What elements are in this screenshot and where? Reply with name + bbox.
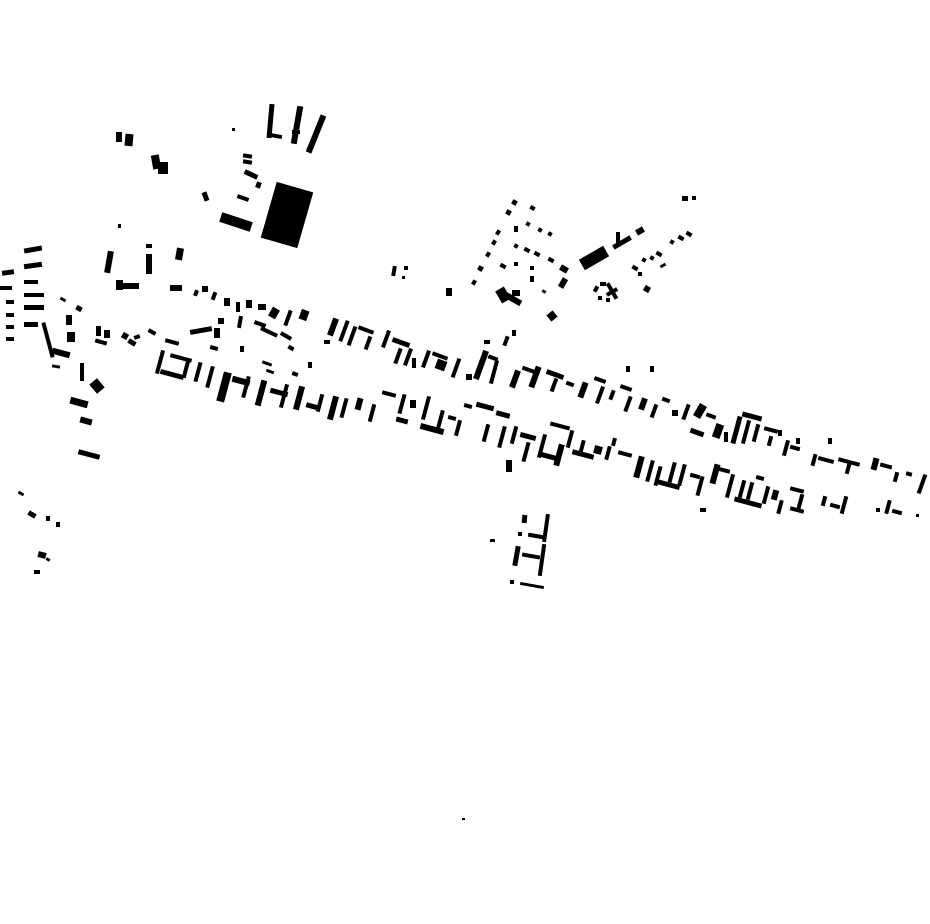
building-footprint <box>616 232 620 244</box>
building-footprint <box>402 276 405 279</box>
building-footprint <box>700 508 706 512</box>
building-footprint <box>236 302 240 312</box>
building-footprint <box>828 438 832 444</box>
building-footprint <box>446 288 452 296</box>
building-footprint <box>232 128 235 131</box>
building-footprint <box>146 254 152 274</box>
building-footprint <box>724 432 728 442</box>
building-footprint <box>530 276 534 282</box>
building-footprint <box>6 313 14 317</box>
building-footprint <box>214 328 220 338</box>
building-footprint <box>292 130 300 134</box>
building-footprint <box>512 290 520 296</box>
building-footprint <box>530 266 534 270</box>
building-footprint <box>410 400 416 408</box>
building-footprint <box>246 300 252 308</box>
building-footprint <box>522 515 528 523</box>
building-footprint <box>466 374 472 380</box>
building-footprint <box>96 326 101 336</box>
building-footprint <box>308 362 312 368</box>
building-footprint <box>514 226 518 232</box>
building-footprint <box>324 340 330 344</box>
building-footprint <box>512 330 516 336</box>
building-footprint <box>876 508 880 512</box>
building-footprint <box>638 272 642 276</box>
building-footprint <box>490 539 495 542</box>
building-footprint <box>518 532 522 536</box>
building-footprint <box>118 224 121 228</box>
building-footprint <box>121 283 139 289</box>
building-footprint <box>34 570 40 574</box>
building-footprint <box>240 346 244 352</box>
building-footprint <box>158 162 168 174</box>
building-footprint <box>778 430 782 436</box>
building-footprint <box>916 514 919 517</box>
building-footprint <box>104 330 110 338</box>
building-footprint <box>24 305 44 310</box>
building-footprint <box>672 410 678 416</box>
building-footprint <box>146 244 152 248</box>
building-footprint <box>66 315 72 325</box>
building-footprint <box>56 522 60 527</box>
building-footprint <box>412 358 416 368</box>
building-footprint <box>510 580 514 584</box>
building-footprint <box>6 337 14 341</box>
building-footprint <box>6 300 14 304</box>
building-footprint <box>80 363 84 381</box>
building-footprint <box>24 280 38 284</box>
building-footprint <box>514 262 518 266</box>
building-footprint <box>606 298 610 302</box>
building-footprint <box>404 266 408 270</box>
building-footprints-layer <box>0 0 930 924</box>
building-footprint <box>124 134 133 147</box>
building-footprint <box>692 196 696 200</box>
building-footprint <box>626 366 630 372</box>
building-footprint <box>24 322 38 327</box>
building-footprint <box>218 318 224 324</box>
building-footprint <box>796 438 800 444</box>
building-footprint <box>224 298 230 306</box>
building-footprint <box>258 304 266 310</box>
building-footprint <box>6 325 14 329</box>
building-footprint <box>170 285 182 291</box>
building-footprint <box>682 196 688 201</box>
building-footprint <box>506 460 512 472</box>
building-footprint <box>462 818 465 820</box>
building-footprint <box>0 286 12 290</box>
building-footprint <box>46 516 50 521</box>
figure-ground-map <box>0 0 930 924</box>
building-footprint <box>116 132 122 142</box>
building-footprint <box>484 340 490 344</box>
map-background <box>0 0 930 924</box>
building-footprint <box>598 296 602 300</box>
building-footprint <box>24 293 44 297</box>
building-footprint <box>67 332 75 342</box>
building-footprint <box>650 366 654 372</box>
building-footprint <box>202 286 208 292</box>
building-footprint <box>600 282 606 286</box>
